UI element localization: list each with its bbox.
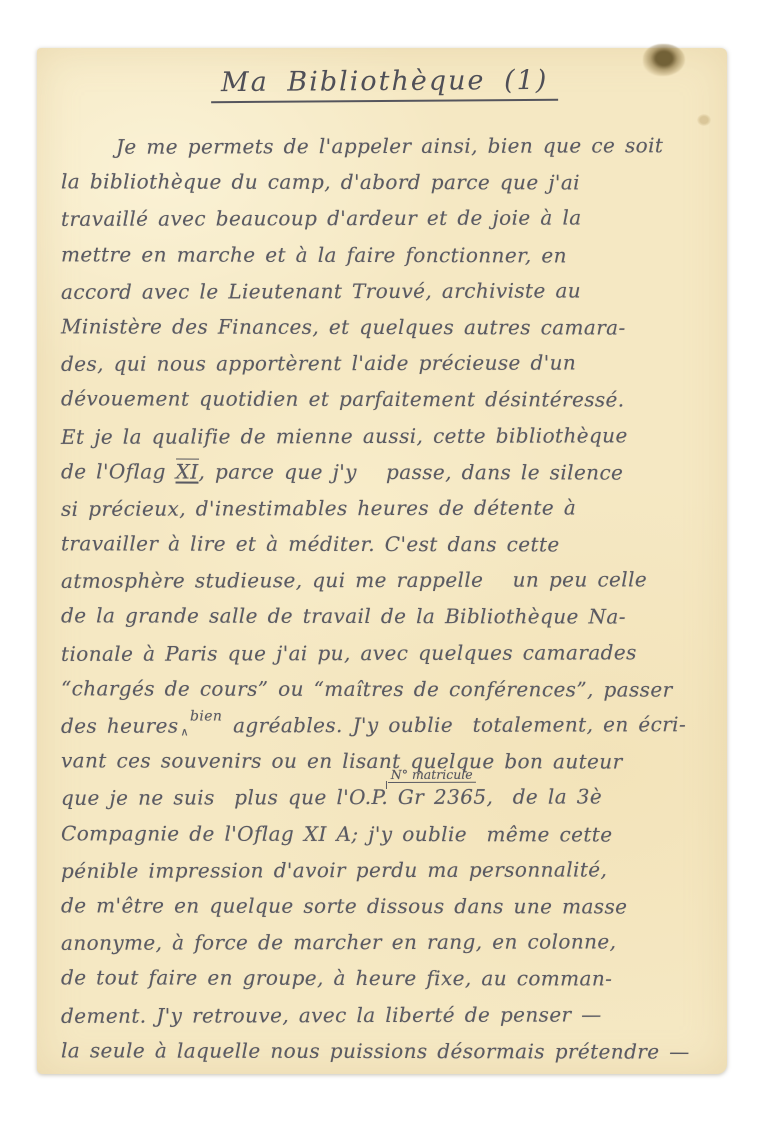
manuscript-line: de tout faire en groupe, à heure fixe, a… — [61, 960, 709, 998]
line-text: des heures — [61, 714, 179, 738]
line-text: agréables. J'y oublie totalement, en écr… — [223, 712, 686, 737]
underlined-oflag-number: XI — [176, 458, 199, 483]
page-title: Ma Bibliothèque (1) — [211, 61, 559, 103]
manuscript-line: de m'être en quelque sorte dissous dans … — [61, 887, 709, 925]
line-text: , de la 3è — [486, 785, 602, 809]
manuscript-line: tionale à Paris que j'ai pu, avec quelqu… — [61, 634, 709, 672]
manuscript-line: Je me permets de l'appeler ainsi, bien q… — [61, 127, 709, 165]
manuscript-page: Ma Bibliothèque (1) Je me permets de l'a… — [37, 48, 727, 1074]
paper-spot — [697, 114, 711, 126]
title-row: Ma Bibliothèque (1) — [61, 62, 709, 114]
line-text: que je ne suis plus que l'O.P. — [61, 785, 398, 810]
manuscript-line-matricule: que je ne suis plus que l'O.P. N° matric… — [61, 779, 709, 817]
manuscript-body: Je me permets de l'appeler ainsi, bien q… — [61, 128, 709, 1069]
manuscript-line: la seule à laquelle nous puissions désor… — [61, 1032, 709, 1070]
line-text: de l'Oflag — [61, 459, 176, 483]
manuscript-line: dévouement quotidien et parfaitement dés… — [61, 381, 709, 419]
manuscript-line: Ministère des Finances, et quelques autr… — [61, 308, 709, 346]
prisoner-number: Gr 2365 — [398, 785, 487, 809]
manuscript-line: pénible impression d'avoir perdu ma pers… — [61, 851, 709, 889]
manuscript-line-insertion: des heures∧bien agréables. J'y oublie to… — [61, 706, 709, 744]
line-text: , parce que j'y passe, dans le silence — [199, 459, 624, 484]
manuscript-line: mettre en marche et à la faire fonctionn… — [61, 236, 709, 274]
manuscript-line: accord avec le Lieutenant Trouvé, archiv… — [61, 272, 709, 310]
manuscript-line: travailler à lire et à méditer. C'est da… — [61, 525, 709, 563]
manuscript-line-oflag: de l'Oflag XI, parce que j'y passe, dans… — [61, 453, 709, 491]
manuscript-line: atmosphère studieuse, qui me rappelle un… — [61, 561, 709, 599]
manuscript-line: dement. J'y retrouve, avec la liberté de… — [61, 996, 709, 1034]
manuscript-line: la bibliothèque du camp, d'abord parce q… — [61, 164, 709, 202]
matricule-annotation: N° matricule — [388, 769, 476, 783]
manuscript-line: “chargés de cours” ou “maîtres de confér… — [61, 670, 709, 708]
manuscript-line: si précieux, d'inestimables heures de dé… — [61, 489, 709, 527]
manuscript-line: Compagnie de l'Oflag XI A; j'y oublie mê… — [61, 815, 709, 853]
manuscript-line: de la grande salle de travail de la Bibl… — [61, 598, 709, 636]
annotated-segment: N° matriculeGr 2365 — [398, 785, 487, 809]
manuscript-line: anonyme, à force de marcher en rang, en … — [61, 923, 709, 961]
manuscript-line: vant ces souvenirs ou en lisant quelque … — [61, 743, 709, 781]
scan-background: Ma Bibliothèque (1) Je me permets de l'a… — [0, 0, 768, 1127]
manuscript-line: des, qui nous apportèrent l'aide précieu… — [61, 344, 709, 382]
insertion-caret-icon: ∧ — [181, 726, 189, 739]
inserted-word: bien — [190, 708, 222, 724]
manuscript-line: travaillé avec beaucoup d'ardeur et de j… — [61, 200, 709, 238]
manuscript-line: Et je la qualifie de mienne aussi, cette… — [61, 417, 709, 455]
